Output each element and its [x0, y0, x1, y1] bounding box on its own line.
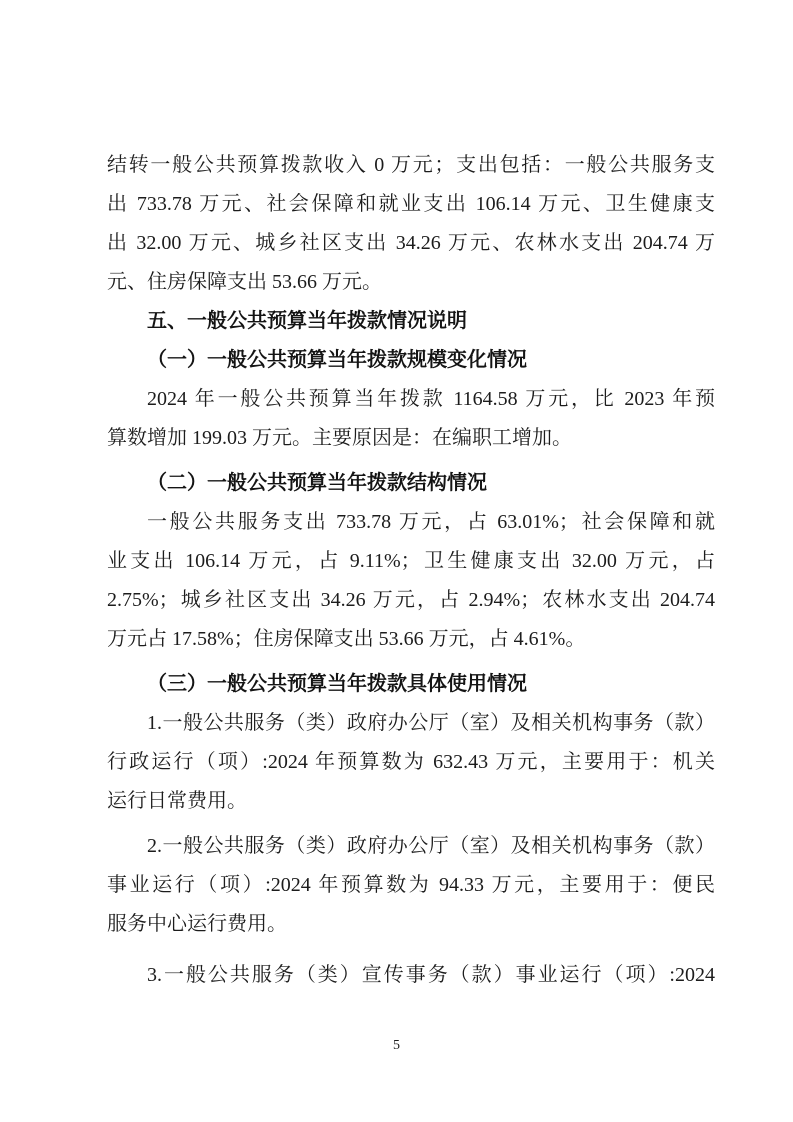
text-line: 万元占 17.58%；住房保障支出 53.66 万元，占 4.61%。 — [107, 620, 715, 659]
text-line: 业支出 106.14 万元，占 9.11%；卫生健康支出 32.00 万元，占 — [107, 542, 715, 581]
subsection-3-item-1: 1.一般公共服务（类）政府办公厅（室）及相关机构事务（款） 行政运行（项）:20… — [107, 704, 715, 821]
text-line: 1.一般公共服务（类）政府办公厅（室）及相关机构事务（款） — [107, 704, 715, 743]
subsection-3-item-3: 3.一般公共服务（类）宣传事务（款）事业运行（项）:2024 — [107, 956, 715, 995]
text-line: 出 32.00 万元、城乡社区支出 34.26 万元、农林水支出 204.74 … — [107, 224, 715, 263]
section-5-heading: 五、一般公共预算当年拨款情况说明 — [147, 302, 715, 341]
text-line: 元、住房保障支出 53.66 万元。 — [107, 263, 715, 302]
text-line: 结转一般公共预算拨款收入 0 万元；支出包括：一般公共服务支 — [107, 146, 715, 185]
subsection-2-paragraph: 一般公共服务支出 733.78 万元，占 63.01%；社会保障和就 业支出 1… — [107, 503, 715, 659]
text-line: 出 733.78 万元、社会保障和就业支出 106.14 万元、卫生健康支 — [107, 185, 715, 224]
subsection-2-heading: （二）一般公共预算当年拨款结构情况 — [147, 464, 715, 503]
text-line: 运行日常费用。 — [107, 782, 715, 821]
subsection-1-paragraph: 2024 年一般公共预算当年拨款 1164.58 万元，比 2023 年预 算数… — [107, 380, 715, 458]
text-line: 2.75%；城乡社区支出 34.26 万元，占 2.94%；农林水支出 204.… — [107, 581, 715, 620]
document-page: 结转一般公共预算拨款收入 0 万元；支出包括：一般公共服务支 出 733.78 … — [0, 0, 793, 1122]
paragraph-carryover: 结转一般公共预算拨款收入 0 万元；支出包括：一般公共服务支 出 733.78 … — [107, 146, 715, 302]
subsection-3-item-2: 2.一般公共服务（类）政府办公厅（室）及相关机构事务（款） 事业运行（项）:20… — [107, 827, 715, 944]
text-line: 算数增加 199.03 万元。主要原因是：在编职工增加。 — [107, 419, 715, 458]
text-line: 行政运行（项）:2024 年预算数为 632.43 万元，主要用于：机关 — [107, 743, 715, 782]
subsection-3-heading: （三）一般公共预算当年拨款具体使用情况 — [147, 665, 715, 704]
subsection-1-heading: （一）一般公共预算当年拨款规模变化情况 — [147, 341, 715, 380]
page-number: 5 — [0, 1036, 793, 1056]
text-line: 2024 年一般公共预算当年拨款 1164.58 万元，比 2023 年预 — [107, 380, 715, 419]
text-line: 一般公共服务支出 733.78 万元，占 63.01%；社会保障和就 — [107, 503, 715, 542]
text-line: 事业运行（项）:2024 年预算数为 94.33 万元，主要用于：便民 — [107, 866, 715, 905]
document-body: 结转一般公共预算拨款收入 0 万元；支出包括：一般公共服务支 出 733.78 … — [107, 146, 715, 995]
text-line: 2.一般公共服务（类）政府办公厅（室）及相关机构事务（款） — [107, 827, 715, 866]
text-line: 3.一般公共服务（类）宣传事务（款）事业运行（项）:2024 — [107, 956, 715, 995]
text-line: 服务中心运行费用。 — [107, 905, 715, 944]
